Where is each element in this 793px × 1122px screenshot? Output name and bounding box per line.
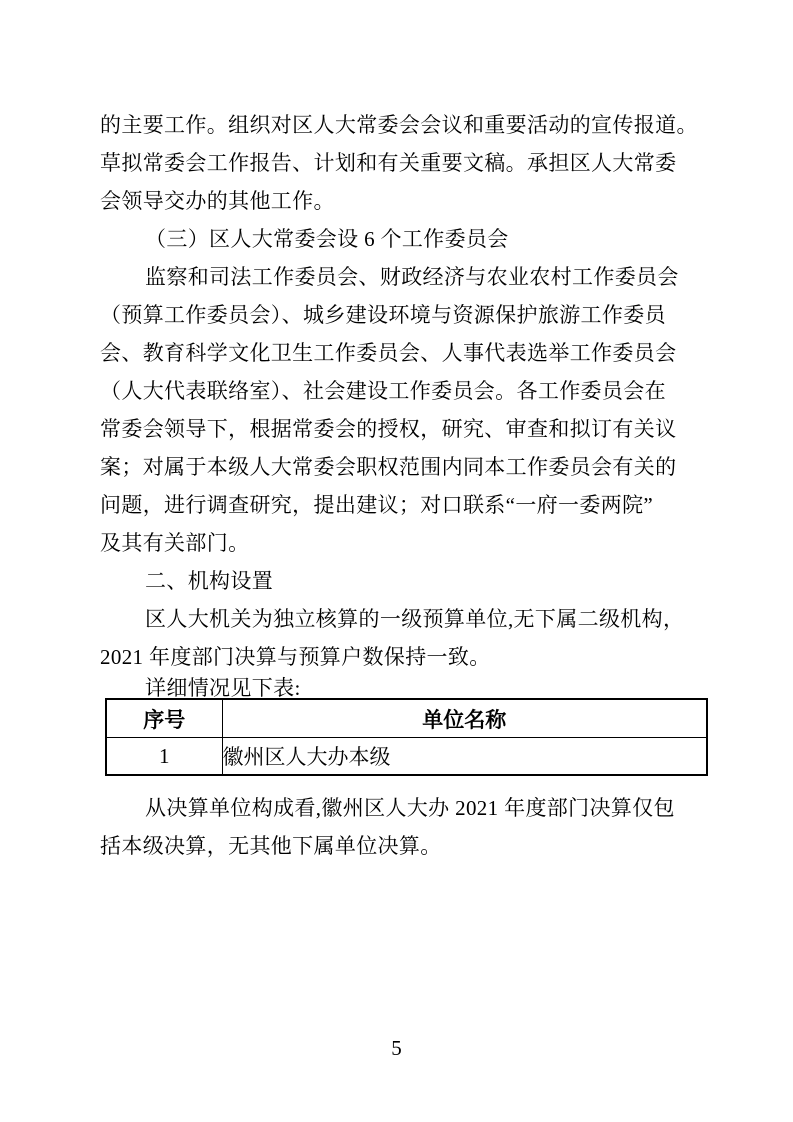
document-page: 的主要工作。组织对区人大常委会会议和重要活动的宣传报道。 草拟常委会工作报告、计… [0, 0, 793, 1122]
table-header-row: 序号 单位名称 [106, 699, 707, 738]
text-line: （预算工作委员会）、城乡建设环境与资源保护旅游工作委员 [100, 296, 700, 334]
body-text-block-lower: 从决算单位构成看,徽州区人大办 2021 年度部门决算仅包 括本级决算，无其他下… [100, 789, 700, 865]
text-line: 会、教育科学文化卫生工作委员会、人事代表选举工作委员会 [100, 334, 700, 372]
text-line: 常委会领导下，根据常委会的授权，研究、审查和拟订有关议 [100, 410, 700, 448]
col-header-serial-number: 序号 [106, 699, 222, 738]
text-line: 的主要工作。组织对区人大常委会会议和重要活动的宣传报道。 [100, 106, 700, 144]
text-line: 问题，进行调查研究，提出建议；对口联系“一府一委两院” [100, 486, 700, 524]
text-line: 草拟常委会工作报告、计划和有关重要文稿。承担区人大常委 [100, 144, 700, 182]
text-line: 及其有关部门。 [100, 524, 700, 562]
page-number: 5 [0, 1034, 793, 1062]
text-line: 区人大机关为独立核算的一级预算单位,无下属二级机构， [100, 600, 700, 638]
table-row: 1 徽州区人大办本级 [106, 738, 707, 776]
text-line: 会领导交办的其他工作。 [100, 182, 700, 220]
unit-table: 序号 单位名称 1 徽州区人大办本级 [105, 698, 708, 776]
cell-unit-name: 徽州区人大办本级 [222, 738, 707, 776]
text-line: 从决算单位构成看,徽州区人大办 2021 年度部门决算仅包 [100, 789, 700, 827]
body-text-block-upper: 的主要工作。组织对区人大常委会会议和重要活动的宣传报道。 草拟常委会工作报告、计… [100, 106, 700, 676]
text-line: （人大代表联络室）、社会建设工作委员会。各工作委员会在 [100, 372, 700, 410]
text-line: 括本级决算，无其他下属单位决算。 [100, 827, 700, 865]
text-line: 监察和司法工作委员会、财政经济与农业农村工作委员会 [100, 258, 700, 296]
col-header-unit-name: 单位名称 [222, 699, 707, 738]
text-line: 案；对属于本级人大常委会职权范围内同本工作委员会有关的 [100, 448, 700, 486]
text-line-section-heading: （三）区人大常委会设 6 个工作委员会 [100, 220, 700, 258]
cell-serial-number: 1 [106, 738, 222, 776]
text-line-section-heading: 二、机构设置 [100, 562, 700, 600]
